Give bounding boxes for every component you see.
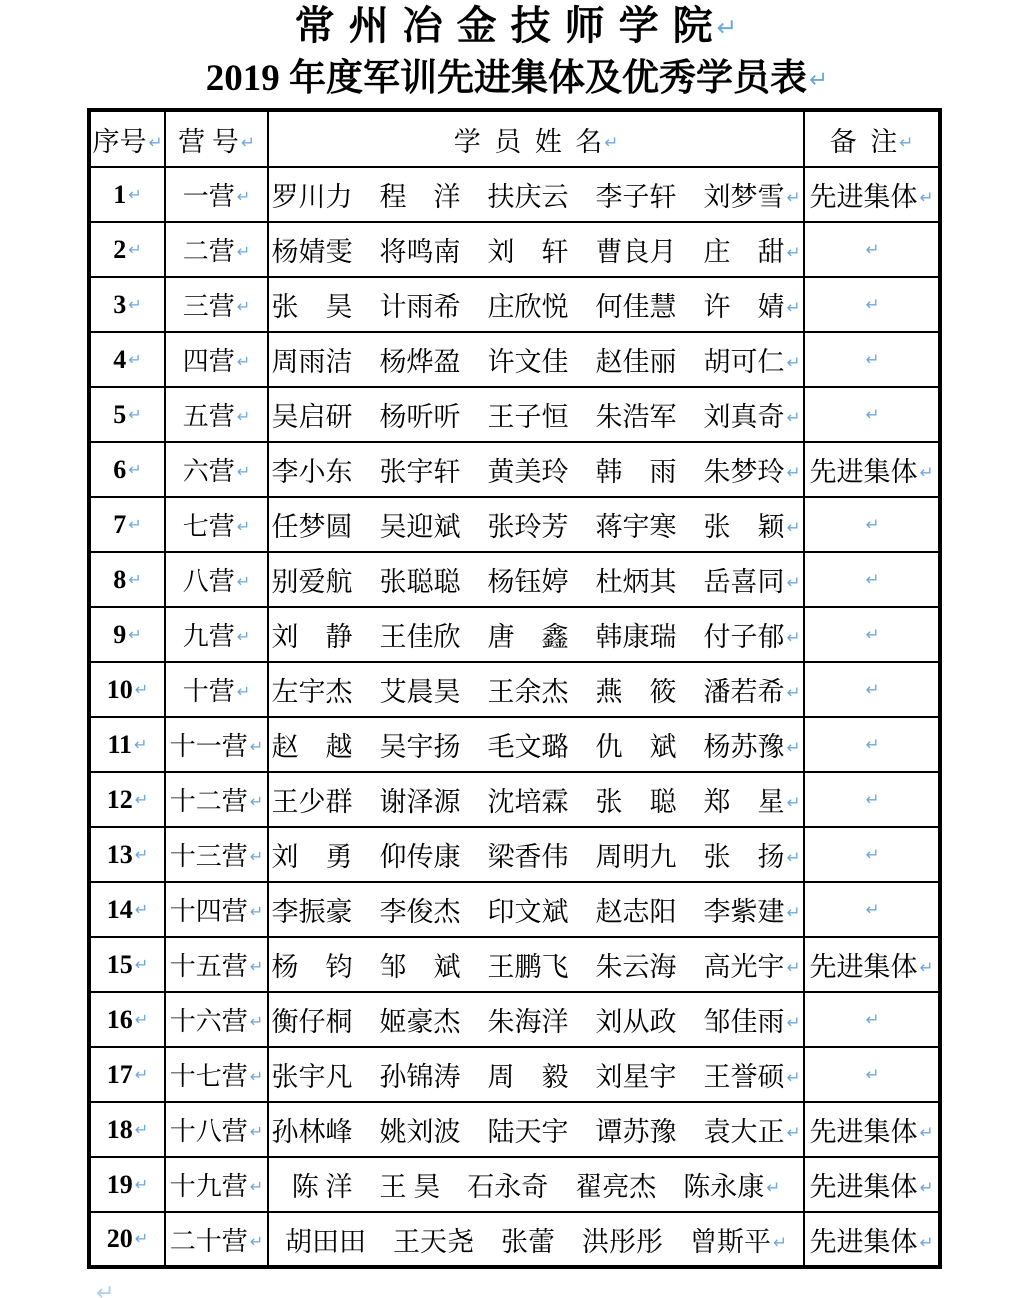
table-header: 序号↵ 营 号↵ 学 员 姓 名↵ 备 注↵ — [89, 110, 940, 167]
paragraph-mark-icon: ↵ — [786, 462, 800, 482]
row-index-cell: 15↵ — [89, 937, 165, 992]
table-row: 1↵ 一营↵ 罗川力 程 洋 扶庆云 李子轩 刘梦雪↵ 先进集体↵ — [89, 167, 940, 222]
paragraph-mark-icon: ↵ — [786, 847, 800, 867]
row-names-cell: 吴启研 杨听听 王子恒 朱浩军 刘真奇↵ — [268, 387, 804, 442]
table-row: 3↵ 三营↵ 张 昊 计雨希 庄欣悦 何佳慧 许 婧↵ ↵ — [89, 277, 940, 332]
row-remark-cell: ↵ — [804, 387, 940, 442]
row-remark-cell: ↵ — [804, 717, 940, 772]
paragraph-mark-icon: ↵ — [135, 1175, 149, 1194]
paragraph-mark-icon: ↵ — [786, 517, 800, 537]
row-names-cell: 赵 越 吴宇扬 毛文璐 仇 斌 杨苏豫↵ — [268, 717, 804, 772]
paragraph-mark-icon: ↵ — [250, 902, 264, 921]
row-battalion-cell: 九营↵ — [165, 607, 268, 662]
row-names-cell: 陈 洋 王 昊 石永奇 翟亮杰 陈永康↵ — [268, 1157, 804, 1212]
header-battalion: 营 号↵ — [165, 110, 268, 167]
document-title-text: 常 州 冶 金 技 师 学 院 — [295, 3, 715, 48]
table-row: 7↵ 七营↵ 任梦圆 吴迎斌 张玲芳 蒋宇寒 张 颖↵ ↵ — [89, 497, 940, 552]
paragraph-mark-icon: ↵ — [135, 790, 149, 809]
paragraph-mark-icon: ↵ — [865, 734, 879, 754]
paragraph-mark-icon: ↵ — [786, 572, 800, 592]
paragraph-mark-icon: ↵ — [250, 1232, 264, 1251]
row-remark-cell: ↵ — [804, 607, 940, 662]
paragraph-mark-icon: ↵ — [128, 570, 142, 589]
paragraph-mark-icon: ↵ — [237, 572, 251, 591]
paragraph-mark-icon: ↵ — [128, 240, 142, 259]
paragraph-mark-icon: ↵ — [237, 682, 251, 701]
row-battalion-cell: 十四营↵ — [165, 882, 268, 937]
paragraph-mark-icon: ↵ — [919, 1232, 933, 1252]
paragraph-mark-icon: ↵ — [241, 132, 255, 152]
row-names-cell: 张宇凡 孙锦涛 周 毅 刘星宇 王誉硕↵ — [268, 1047, 804, 1102]
row-remark-cell: 先进集体↵ — [804, 442, 940, 497]
row-battalion-cell: 四营↵ — [165, 332, 268, 387]
table-row: 19↵ 十九营↵ 陈 洋 王 昊 石永奇 翟亮杰 陈永康↵ 先进集体↵ — [89, 1157, 940, 1212]
row-remark-cell: ↵ — [804, 992, 940, 1047]
paragraph-mark-icon: ↵ — [237, 242, 251, 261]
row-index-cell: 7↵ — [89, 497, 165, 552]
paragraph-mark-icon: ↵ — [786, 407, 800, 427]
table-row: 10↵ 十营↵ 左宇杰 艾晨昊 王余杰 燕 筱 潘若希↵ ↵ — [89, 662, 940, 717]
paragraph-mark-icon: ↵ — [786, 902, 800, 922]
paragraph-mark-icon: ↵ — [135, 1010, 149, 1029]
row-names-cell: 衡仔桐 姬豪杰 朱海洋 刘从政 邹佳雨↵ — [268, 992, 804, 1047]
paragraph-mark-icon: ↵ — [865, 239, 879, 259]
paragraph-mark-icon: ↵ — [128, 625, 142, 644]
paragraph-mark-icon: ↵ — [766, 1177, 780, 1197]
row-names-cell: 杨 钧 邹 斌 王鹏飞 朱云海 高光宇↵ — [268, 937, 804, 992]
row-remark-cell: ↵ — [804, 1047, 940, 1102]
row-remark-cell: ↵ — [804, 552, 940, 607]
row-battalion-cell: 六营↵ — [165, 442, 268, 497]
table-row: 17↵ 十七营↵ 张宇凡 孙锦涛 周 毅 刘星宇 王誉硕↵ ↵ — [89, 1047, 940, 1102]
paragraph-mark-icon: ↵ — [128, 185, 142, 204]
header-index: 序号↵ — [89, 110, 165, 167]
row-names-cell: 罗川力 程 洋 扶庆云 李子轩 刘梦雪↵ — [268, 167, 804, 222]
table-row: 13↵ 十三营↵ 刘 勇 仰传康 梁香伟 周明九 张 扬↵ ↵ — [89, 827, 940, 882]
paragraph-mark-icon: ↵ — [786, 792, 800, 812]
row-remark-cell: ↵ — [804, 497, 940, 552]
row-battalion-cell: 二十营↵ — [165, 1212, 268, 1267]
paragraph-mark-icon: ↵ — [134, 735, 148, 754]
paragraph-mark-icon: ↵ — [919, 1122, 933, 1142]
table-row: 4↵ 四营↵ 周雨洁 杨烨盈 许文佳 赵佳丽 胡可仁↵ ↵ — [89, 332, 940, 387]
paragraph-mark-icon: ↵ — [865, 679, 879, 699]
row-battalion-cell: 三营↵ — [165, 277, 268, 332]
row-battalion-cell: 五营↵ — [165, 387, 268, 442]
row-index-cell: 14↵ — [89, 882, 165, 937]
paragraph-mark-icon: ↵ — [135, 900, 149, 919]
paragraph-mark-icon: ↵ — [919, 187, 933, 207]
row-remark-cell: 先进集体↵ — [804, 167, 940, 222]
paragraph-mark-icon: ↵ — [604, 132, 618, 152]
row-battalion-cell: 十五营↵ — [165, 937, 268, 992]
paragraph-mark-icon: ↵ — [135, 680, 149, 699]
document-page: 常 州 冶 金 技 师 学 院↵ 2019 年度军训先进集体及优秀学员表↵ 序号… — [0, 0, 1034, 1298]
row-names-cell: 杨婧雯 将鸣南 刘 轩 曹良月 庄 甜↵ — [268, 222, 804, 277]
row-names-cell: 王少群 谢泽源 沈培霖 张 聪 郑 星↵ — [268, 772, 804, 827]
row-names-cell: 左宇杰 艾晨昊 王余杰 燕 筱 潘若希↵ — [268, 662, 804, 717]
row-remark-cell: ↵ — [804, 827, 940, 882]
paragraph-mark-icon: ↵ — [786, 242, 800, 262]
row-battalion-cell: 十二营↵ — [165, 772, 268, 827]
table-row: 8↵ 八营↵ 别爱航 张聪聪 杨钰婷 杜炳其 岳喜同↵ ↵ — [89, 552, 940, 607]
row-battalion-cell: 十营↵ — [165, 662, 268, 717]
row-index-cell: 8↵ — [89, 552, 165, 607]
row-names-cell: 别爱航 张聪聪 杨钰婷 杜炳其 岳喜同↵ — [268, 552, 804, 607]
row-battalion-cell: 十七营↵ — [165, 1047, 268, 1102]
table-header-row: 序号↵ 营 号↵ 学 员 姓 名↵ 备 注↵ — [89, 110, 940, 167]
row-battalion-cell: 十六营↵ — [165, 992, 268, 1047]
paragraph-mark-icon: ↵ — [865, 899, 879, 919]
row-index-cell: 12↵ — [89, 772, 165, 827]
header-remark: 备 注↵ — [804, 110, 940, 167]
row-index-cell: 10↵ — [89, 662, 165, 717]
row-index-cell: 6↵ — [89, 442, 165, 497]
paragraph-mark-icon: ↵ — [865, 294, 879, 314]
row-remark-cell: ↵ — [804, 662, 940, 717]
paragraph-mark-icon: ↵ — [786, 297, 800, 317]
row-battalion-cell: 十一营↵ — [165, 717, 268, 772]
paragraph-mark-icon: ↵ — [786, 352, 800, 372]
paragraph-mark-icon: ↵ — [250, 1122, 264, 1141]
paragraph-mark-icon: ↵ — [135, 1120, 149, 1139]
paragraph-mark-icon: ↵ — [865, 514, 879, 534]
paragraph-mark-icon: ↵ — [786, 1012, 800, 1032]
paragraph-mark-icon: ↵ — [786, 1122, 800, 1142]
row-names-cell: 李振豪 李俊杰 印文斌 赵志阳 李紫建↵ — [268, 882, 804, 937]
paragraph-mark-icon: ↵ — [237, 462, 251, 481]
paragraph-mark-icon: ↵ — [237, 187, 251, 206]
row-battalion-cell: 二营↵ — [165, 222, 268, 277]
table-row: 5↵ 五营↵ 吴启研 杨听听 王子恒 朱浩军 刘真奇↵ ↵ — [89, 387, 940, 442]
row-index-cell: 16↵ — [89, 992, 165, 1047]
row-index-cell: 9↵ — [89, 607, 165, 662]
row-remark-cell: ↵ — [804, 277, 940, 332]
paragraph-mark-icon: ↵ — [237, 297, 251, 316]
paragraph-mark-icon: ↵ — [919, 957, 933, 977]
paragraph-mark-icon: ↵ — [148, 132, 162, 152]
paragraph-mark-icon: ↵ — [135, 1065, 149, 1084]
row-battalion-cell: 一营↵ — [165, 167, 268, 222]
paragraph-mark-icon: ↵ — [786, 957, 800, 977]
row-remark-cell: 先进集体↵ — [804, 937, 940, 992]
row-battalion-cell: 十三营↵ — [165, 827, 268, 882]
paragraph-mark-icon: ↵ — [865, 1009, 879, 1029]
row-index-cell: 13↵ — [89, 827, 165, 882]
paragraph-mark-icon: ↵ — [237, 517, 251, 536]
table-row: 2↵ 二营↵ 杨婧雯 将鸣南 刘 轩 曹良月 庄 甜↵ ↵ — [89, 222, 940, 277]
document-subtitle-text: 2019 年度军训先进集体及优秀学员表 — [206, 58, 807, 99]
row-names-cell: 李小东 张宇轩 黄美玲 韩 雨 朱梦玲↵ — [268, 442, 804, 497]
paragraph-mark-icon: ↵ — [237, 407, 251, 426]
paragraph-mark-icon: ↵ — [237, 352, 251, 371]
header-names: 学 员 姓 名↵ — [268, 110, 804, 167]
row-names-cell: 刘 勇 仰传康 梁香伟 周明九 张 扬↵ — [268, 827, 804, 882]
row-names-cell: 胡田田 王天尧 张蕾 洪彤彤 曾斯平↵ — [268, 1212, 804, 1267]
row-index-cell: 11↵ — [89, 717, 165, 772]
table-row: 18↵ 十八营↵ 孙林峰 姚刘波 陆天宇 谭苏豫 袁大正↵ 先进集体↵ — [89, 1102, 940, 1157]
row-index-cell: 19↵ — [89, 1157, 165, 1212]
paragraph-mark-icon: ↵ — [128, 515, 142, 534]
table-row: 11↵ 十一营↵ 赵 越 吴宇扬 毛文璐 仇 斌 杨苏豫↵ ↵ — [89, 717, 940, 772]
row-names-cell: 任梦圆 吴迎斌 张玲芳 蒋宇寒 张 颖↵ — [268, 497, 804, 552]
students-table: 序号↵ 营 号↵ 学 员 姓 名↵ 备 注↵ 1↵ 一营↵ 罗川力 程 洋 扶庆… — [87, 108, 942, 1269]
row-battalion-cell: 七营↵ — [165, 497, 268, 552]
row-remark-cell: ↵ — [804, 882, 940, 937]
row-remark-cell: ↵ — [804, 222, 940, 277]
paragraph-mark-icon: ↵ — [135, 845, 149, 864]
paragraph-mark-icon: ↵ — [865, 789, 879, 809]
paragraph-mark-icon: ↵ — [865, 349, 879, 369]
paragraph-mark-icon: ↵ — [865, 404, 879, 424]
table-row: 9↵ 九营↵ 刘 静 王佳欣 唐 鑫 韩康瑞 付子郁↵ ↵ — [89, 607, 940, 662]
row-remark-cell: 先进集体↵ — [804, 1102, 940, 1157]
table-row: 16↵ 十六营↵ 衡仔桐 姬豪杰 朱海洋 刘从政 邹佳雨↵ ↵ — [89, 992, 940, 1047]
paragraph-mark-icon: ↵ — [250, 792, 264, 811]
table-row: 14↵ 十四营↵ 李振豪 李俊杰 印文斌 赵志阳 李紫建↵ ↵ — [89, 882, 940, 937]
paragraph-mark-icon: ↵ — [717, 13, 740, 42]
paragraph-mark-icon: ↵ — [786, 1067, 800, 1087]
title-block: 常 州 冶 金 技 师 学 院↵ 2019 年度军训先进集体及优秀学员表↵ — [0, 0, 1034, 105]
row-names-cell: 周雨洁 杨烨盈 许文佳 赵佳丽 胡可仁↵ — [268, 332, 804, 387]
row-remark-cell: ↵ — [804, 332, 940, 387]
row-index-cell: 2↵ — [89, 222, 165, 277]
row-battalion-cell: 十八营↵ — [165, 1102, 268, 1157]
paragraph-mark-icon: ↵ — [786, 627, 800, 647]
table-row: 12↵ 十二营↵ 王少群 谢泽源 沈培霖 张 聪 郑 星↵ ↵ — [89, 772, 940, 827]
paragraph-mark-icon: ↵ — [250, 1067, 264, 1086]
paragraph-mark-icon: ↵ — [809, 67, 828, 93]
row-names-cell: 孙林峰 姚刘波 陆天宇 谭苏豫 袁大正↵ — [268, 1102, 804, 1157]
paragraph-mark-icon: ↵ — [786, 682, 800, 702]
paragraph-mark-icon: ↵ — [899, 132, 913, 152]
paragraph-mark-icon: ↵ — [128, 295, 142, 314]
row-index-cell: 1↵ — [89, 167, 165, 222]
row-index-cell: 20↵ — [89, 1212, 165, 1267]
paragraph-mark-icon: ↵ — [865, 569, 879, 589]
paragraph-mark-icon: ↵ — [250, 957, 264, 976]
paragraph-mark-icon: ↵ — [128, 405, 142, 424]
row-remark-cell: 先进集体↵ — [804, 1212, 940, 1267]
paragraph-mark-icon: ↵ — [919, 462, 933, 482]
row-battalion-cell: 十九营↵ — [165, 1157, 268, 1212]
table-row: 6↵ 六营↵ 李小东 张宇轩 黄美玲 韩 雨 朱梦玲↵ 先进集体↵ — [89, 442, 940, 497]
paragraph-mark-icon: ↵ — [135, 1229, 149, 1248]
row-remark-cell: ↵ — [804, 772, 940, 827]
row-names-cell: 张 昊 计雨希 庄欣悦 何佳慧 许 婧↵ — [268, 277, 804, 332]
row-index-cell: 3↵ — [89, 277, 165, 332]
row-battalion-cell: 八营↵ — [165, 552, 268, 607]
paragraph-mark-icon: ↵ — [865, 624, 879, 644]
paragraph-mark-icon: ↵ — [96, 1281, 114, 1298]
row-index-cell: 5↵ — [89, 387, 165, 442]
paragraph-mark-icon: ↵ — [786, 187, 800, 207]
paragraph-mark-icon: ↵ — [237, 627, 251, 646]
paragraph-mark-icon: ↵ — [250, 1177, 264, 1196]
row-index-cell: 17↵ — [89, 1047, 165, 1102]
document-title: 常 州 冶 金 技 师 学 院↵ — [0, 0, 1034, 54]
paragraph-mark-icon: ↵ — [773, 1232, 787, 1252]
paragraph-mark-icon: ↵ — [865, 1064, 879, 1084]
paragraph-mark-icon: ↵ — [250, 737, 264, 756]
paragraph-mark-icon: ↵ — [865, 844, 879, 864]
table-body: 1↵ 一营↵ 罗川力 程 洋 扶庆云 李子轩 刘梦雪↵ 先进集体↵ 2↵ 二营↵… — [89, 167, 940, 1267]
paragraph-mark-icon: ↵ — [128, 350, 142, 369]
paragraph-mark-icon: ↵ — [250, 847, 264, 866]
row-index-cell: 18↵ — [89, 1102, 165, 1157]
row-names-cell: 刘 静 王佳欣 唐 鑫 韩康瑞 付子郁↵ — [268, 607, 804, 662]
paragraph-mark-icon: ↵ — [135, 955, 149, 974]
paragraph-mark-icon: ↵ — [786, 737, 800, 757]
paragraph-mark-icon: ↵ — [919, 1177, 933, 1197]
table-row: 15↵ 十五营↵ 杨 钧 邹 斌 王鹏飞 朱云海 高光宇↵ 先进集体↵ — [89, 937, 940, 992]
row-remark-cell: 先进集体↵ — [804, 1157, 940, 1212]
table-row: 20↵ 二十营↵ 胡田田 王天尧 张蕾 洪彤彤 曾斯平↵ 先进集体↵ — [89, 1212, 940, 1267]
paragraph-mark-icon: ↵ — [250, 1012, 264, 1031]
paragraph-mark-icon: ↵ — [128, 460, 142, 479]
document-subtitle: 2019 年度军训先进集体及优秀学员表↵ — [0, 54, 1034, 105]
row-index-cell: 4↵ — [89, 332, 165, 387]
